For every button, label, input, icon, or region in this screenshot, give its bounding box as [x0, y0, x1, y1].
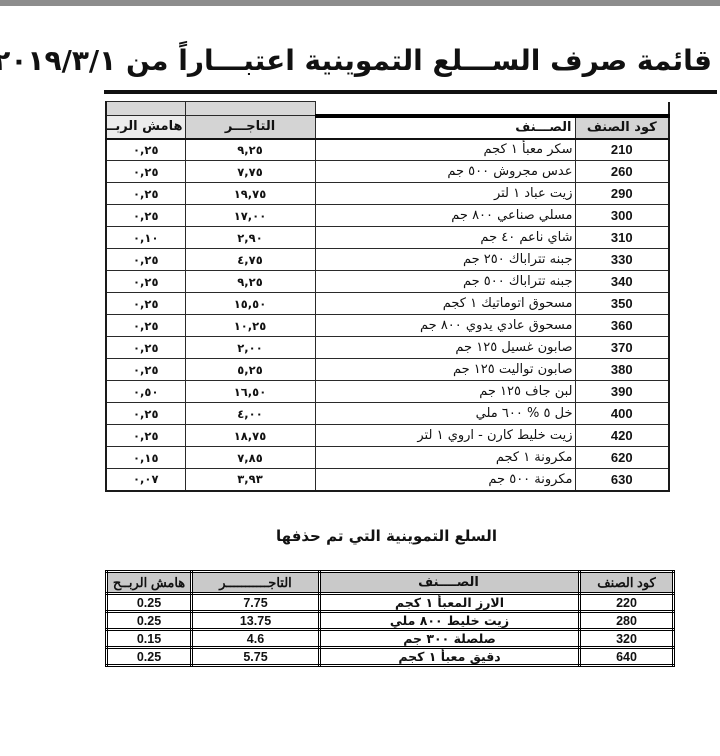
- item-name-cell: مسلي صناعي ٨٠٠ جم: [315, 205, 575, 227]
- preheader-row: [106, 102, 669, 116]
- table-row: 400 خل ٥ % ٦٠٠ ملي ٤,٠٠ ٠,٢٥: [106, 403, 669, 425]
- table-row: 370 صابون غسيل ١٢٥ جم ٢,٠٠ ٠,٢٥: [106, 337, 669, 359]
- profit-margin-cell: ٠,٢٥: [106, 293, 185, 315]
- scanned-document-page: { "page": { "title": "قائمة صرف الســـلع…: [0, 0, 720, 756]
- title-underline: [104, 90, 717, 94]
- item-name-cell: عدس مجروش ٥٠٠ جم: [315, 161, 575, 183]
- profit-margin-cell: 0.25: [107, 648, 192, 666]
- merchant-price-cell: ٤,٧٥: [185, 249, 315, 271]
- item-code-cell: 370: [575, 337, 669, 359]
- item-name-cell: شاي ناعم ٤٠ جم: [315, 227, 575, 249]
- deleted-table-header-row: كود الصنف الصــــنف التاجـــــــــــر ها…: [107, 572, 674, 594]
- item-name-cell: صابون تواليت ١٢٥ جم: [315, 359, 575, 381]
- page-title: قائمة صرف الســـلع التموينية اعتبـــاراً…: [8, 44, 712, 77]
- profit-margin-cell: 0.25: [107, 594, 192, 612]
- item-code-cell: 360: [575, 315, 669, 337]
- item-name-cell: دقيق معبأ ١ كجم: [320, 648, 580, 666]
- profit-margin-cell: ٠,١٥: [106, 447, 185, 469]
- item-code-cell: 340: [575, 271, 669, 293]
- deleted-table-body: 220 الارز المعبأ ١ كجم 7.75 0.25 280 زيت…: [107, 594, 674, 666]
- item-code-cell: 350: [575, 293, 669, 315]
- table-row: 350 مسحوق اتوماتيك ١ كجم ١٥,٥٠ ٠,٢٥: [106, 293, 669, 315]
- merchant-price-cell: 7.75: [192, 594, 320, 612]
- merchant-price-cell: 5.75: [192, 648, 320, 666]
- merchant-price-cell: ١٦,٥٠: [185, 381, 315, 403]
- scan-artifact-strip: [0, 0, 720, 6]
- table-row: 330 جبنه تتراباك ٢٥٠ جم ٤,٧٥ ٠,٢٥: [106, 249, 669, 271]
- merchant-price-cell: ١٠,٢٥: [185, 315, 315, 337]
- header-item-name: الصــــنف: [320, 572, 580, 594]
- header-profit-margin: هامش الربــح: [106, 116, 185, 139]
- table-row: 310 شاي ناعم ٤٠ جم ٢,٩٠ ٠,١٠: [106, 227, 669, 249]
- profit-margin-cell: ٠,٢٥: [106, 315, 185, 337]
- item-name-cell: مكرونة ١ كجم: [315, 447, 575, 469]
- item-name-cell: الارز المعبأ ١ كجم: [320, 594, 580, 612]
- preheader-merchant-cell: [185, 102, 315, 116]
- item-code-cell: 330: [575, 249, 669, 271]
- item-name-cell: سكر معبأ ١ كجم: [315, 139, 575, 161]
- profit-margin-cell: ٠,٢٥: [106, 359, 185, 381]
- item-code-cell: 220: [580, 594, 674, 612]
- profit-margin-cell: ٠,٢٥: [106, 271, 185, 293]
- table-row: 210 سكر معبأ ١ كجم ٩,٢٥ ٠,٢٥: [106, 139, 669, 161]
- merchant-price-cell: ١٥,٥٠: [185, 293, 315, 315]
- preheader-heavy-bar-cell: [315, 102, 669, 116]
- profit-margin-cell: ٠,١٠: [106, 227, 185, 249]
- table-row: 260 عدس مجروش ٥٠٠ جم ٧,٧٥ ٠,٢٥: [106, 161, 669, 183]
- table-row: 220 الارز المعبأ ١ كجم 7.75 0.25: [107, 594, 674, 612]
- header-item-code: كود الصنف: [580, 572, 674, 594]
- profit-margin-cell: ٠,٢٥: [106, 337, 185, 359]
- table-row: 380 صابون تواليت ١٢٥ جم ٥,٢٥ ٠,٢٥: [106, 359, 669, 381]
- item-name-cell: صابون غسيل ١٢٥ جم: [315, 337, 575, 359]
- item-name-cell: جبنه تتراباك ٥٠٠ جم: [315, 271, 575, 293]
- item-code-cell: 310: [575, 227, 669, 249]
- item-code-cell: 210: [575, 139, 669, 161]
- profit-margin-cell: ٠,٢٥: [106, 403, 185, 425]
- table-row: 300 مسلي صناعي ٨٠٠ جم ١٧,٠٠ ٠,٢٥: [106, 205, 669, 227]
- item-code-cell: 320: [580, 630, 674, 648]
- merchant-price-cell: 4.6: [192, 630, 320, 648]
- item-code-cell: 380: [575, 359, 669, 381]
- profit-margin-cell: 0.15: [107, 630, 192, 648]
- item-code-cell: 620: [575, 447, 669, 469]
- table-row: 420 زيت خليط كارن - اروي ١ لتر ١٨,٧٥ ٠,٢…: [106, 425, 669, 447]
- merchant-price-cell: ٩,٢٥: [185, 271, 315, 293]
- merchant-price-cell: ٥,٢٥: [185, 359, 315, 381]
- merchant-price-cell: ٤,٠٠: [185, 403, 315, 425]
- main-table-body: 210 سكر معبأ ١ كجم ٩,٢٥ ٠,٢٥ 260 عدس مجر…: [106, 139, 669, 491]
- preheader-margin-cell: [106, 102, 185, 116]
- header-merchant-price: التاجـــــــــــر: [192, 572, 320, 594]
- item-name-cell: مسحوق عادي يدوي ٨٠٠ جم: [315, 315, 575, 337]
- header-item-code: كود الصنف: [575, 116, 669, 139]
- table-row: 620 مكرونة ١ كجم ٧,٨٥ ٠,١٥: [106, 447, 669, 469]
- item-name-cell: زيت عباد ١ لتر: [315, 183, 575, 205]
- merchant-price-cell: ٩,٢٥: [185, 139, 315, 161]
- table-row: 290 زيت عباد ١ لتر ١٩,٧٥ ٠,٢٥: [106, 183, 669, 205]
- item-code-cell: 420: [575, 425, 669, 447]
- deleted-section-title: السلع التموينية التي تم حذفها: [105, 527, 668, 545]
- merchant-price-cell: 13.75: [192, 612, 320, 630]
- deleted-items-table-wrap: كود الصنف الصــــنف التاجـــــــــــر ها…: [105, 570, 675, 667]
- item-code-cell: 390: [575, 381, 669, 403]
- header-profit-margin: هامش الربــح: [107, 572, 192, 594]
- item-code-cell: 290: [575, 183, 669, 205]
- profit-margin-cell: ٠,٢٥: [106, 249, 185, 271]
- commodity-price-table: كود الصنف الصـــنف التاجـــر هامش الربــ…: [105, 101, 670, 492]
- merchant-price-cell: ٧,٨٥: [185, 447, 315, 469]
- table-row: 340 جبنه تتراباك ٥٠٠ جم ٩,٢٥ ٠,٢٥: [106, 271, 669, 293]
- header-merchant-price: التاجـــر: [185, 116, 315, 139]
- deleted-items-table: كود الصنف الصــــنف التاجـــــــــــر ها…: [105, 570, 675, 667]
- profit-margin-cell: ٠,٢٥: [106, 205, 185, 227]
- item-code-cell: 300: [575, 205, 669, 227]
- profit-margin-cell: ٠,٢٥: [106, 183, 185, 205]
- table-row: 280 زيت خليط ٨٠٠ ملي 13.75 0.25: [107, 612, 674, 630]
- item-name-cell: صلصلة ٣٠٠ جم: [320, 630, 580, 648]
- item-name-cell: زيت خليط ٨٠٠ ملي: [320, 612, 580, 630]
- item-name-cell: مسحوق اتوماتيك ١ كجم: [315, 293, 575, 315]
- merchant-price-cell: ٢,٩٠: [185, 227, 315, 249]
- profit-margin-cell: ٠,٢٥: [106, 161, 185, 183]
- item-name-cell: خل ٥ % ٦٠٠ ملي: [315, 403, 575, 425]
- profit-margin-cell: ٠,٠٧: [106, 469, 185, 491]
- table-row: 390 لبن جاف ١٢٥ جم ١٦,٥٠ ٠,٥٠: [106, 381, 669, 403]
- profit-margin-cell: ٠,٢٥: [106, 425, 185, 447]
- merchant-price-cell: ١٩,٧٥: [185, 183, 315, 205]
- profit-margin-cell: ٠,٥٠: [106, 381, 185, 403]
- item-code-cell: 640: [580, 648, 674, 666]
- item-name-cell: مكرونة ٥٠٠ جم: [315, 469, 575, 491]
- table-row: 360 مسحوق عادي يدوي ٨٠٠ جم ١٠,٢٥ ٠,٢٥: [106, 315, 669, 337]
- header-item-name: الصـــنف: [315, 116, 575, 139]
- merchant-price-cell: ٢,٠٠: [185, 337, 315, 359]
- item-code-cell: 280: [580, 612, 674, 630]
- item-name-cell: زيت خليط كارن - اروي ١ لتر: [315, 425, 575, 447]
- merchant-price-cell: ٣,٩٣: [185, 469, 315, 491]
- merchant-price-cell: ١٧,٠٠: [185, 205, 315, 227]
- item-code-cell: 630: [575, 469, 669, 491]
- item-code-cell: 400: [575, 403, 669, 425]
- profit-margin-cell: 0.25: [107, 612, 192, 630]
- item-code-cell: 260: [575, 161, 669, 183]
- merchant-price-cell: ٧,٧٥: [185, 161, 315, 183]
- item-name-cell: لبن جاف ١٢٥ جم: [315, 381, 575, 403]
- table-row: 320 صلصلة ٣٠٠ جم 4.6 0.15: [107, 630, 674, 648]
- merchant-price-cell: ١٨,٧٥: [185, 425, 315, 447]
- table-row: 640 دقيق معبأ ١ كجم 5.75 0.25: [107, 648, 674, 666]
- profit-margin-cell: ٠,٢٥: [106, 139, 185, 161]
- main-table-header-row: كود الصنف الصـــنف التاجـــر هامش الربــ…: [106, 116, 669, 139]
- commodity-price-table-wrap: كود الصنف الصـــنف التاجـــر هامش الربــ…: [105, 101, 670, 492]
- item-name-cell: جبنه تتراباك ٢٥٠ جم: [315, 249, 575, 271]
- table-row: 630 مكرونة ٥٠٠ جم ٣,٩٣ ٠,٠٧: [106, 469, 669, 491]
